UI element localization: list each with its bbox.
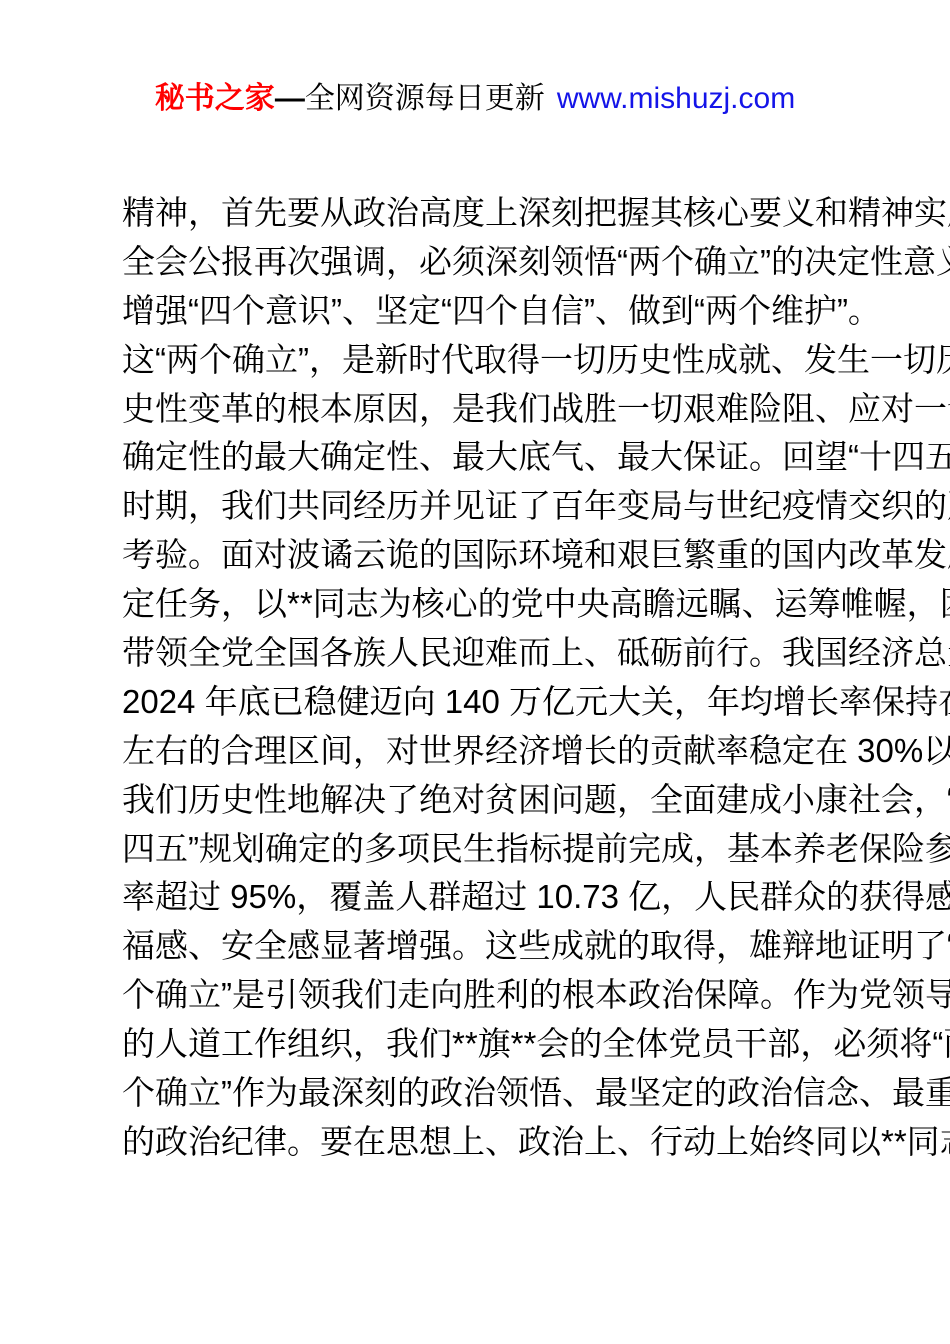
text-line: 精神，首先要从政治高度上深刻把握其核心要义和精神实质。 [122,189,830,238]
text-line: 带领全党全国各族人民迎难而上、砥砺前行。我国经济总量在 [122,629,830,678]
text-line: 时期，我们共同经历并见证了百年变局与世纪疫情交织的严峻 [122,482,830,531]
text-line: 定任务，以**同志为核心的党中央高瞻远瞩、运筹帷幄，团结 [122,580,830,629]
site-url-link[interactable]: www.mishuzj.com [557,82,795,115]
text-line: 确定性的最大确定性、最大底气、最大保证。回望“十四五” [122,433,830,482]
text-line: 2024 年底已稳健迈向 140 万亿元大关，年均增长率保持在 5.5% [122,678,830,727]
text-line: 个确立”是引领我们走向胜利的根本政治保障。作为党领导下 [122,971,830,1020]
text-line: 福感、安全感显著增强。这些成就的取得，雄辩地证明了“两 [122,922,830,971]
text-line: 率超过 95%，覆盖人群超过 10.73 亿，人民群众的获得感、幸 [122,873,830,922]
text-line: 我们历史性地解决了绝对贫困问题，全面建成小康社会，“十 [122,776,830,825]
site-header: 秘书之家—全网资源每日更新www.mishuzj.com [0,80,950,118]
text-line: 全会公报再次强调，必须深刻领悟“两个确立”的决定性意义， [122,238,830,287]
text-line: 考验。面对波谲云诡的国际环境和艰巨繁重的国内改革发展稳 [122,531,830,580]
text-line: 史性变革的根本原因，是我们战胜一切艰难险阻、应对一切不 [122,385,830,434]
text-line: 四五”规划确定的多项民生指标提前完成，基本养老保险参保 [122,825,830,874]
text-line: 的政治纪律。要在思想上、政治上、行动上始终同以**同志为 [122,1118,830,1167]
text-line: 个确立”作为最深刻的政治领悟、最坚定的政治信念、最重要 [122,1069,830,1118]
text-line: 左右的合理区间，对世界经济增长的贡献率稳定在 30%以上。 [122,727,830,776]
site-brand: 秘书之家 [155,82,275,115]
document-page: 秘书之家—全网资源每日更新www.mishuzj.com 精神，首先要从政治高度… [0,0,950,1344]
text-line: 的人道工作组织，我们**旗**会的全体党员干部，必须将“两 [122,1020,830,1069]
header-dash: — [275,82,305,115]
document-body: 精神，首先要从政治高度上深刻把握其核心要义和精神实质。全会公报再次强调，必须深刻… [122,189,830,1167]
site-tagline: 全网资源每日更新 [305,82,545,115]
text-line: 增强“四个意识”、坚定“四个自信”、做到“两个维护”。 [122,287,830,336]
text-line: 这“两个确立”，是新时代取得一切历史性成就、发生一切历 [122,336,830,385]
